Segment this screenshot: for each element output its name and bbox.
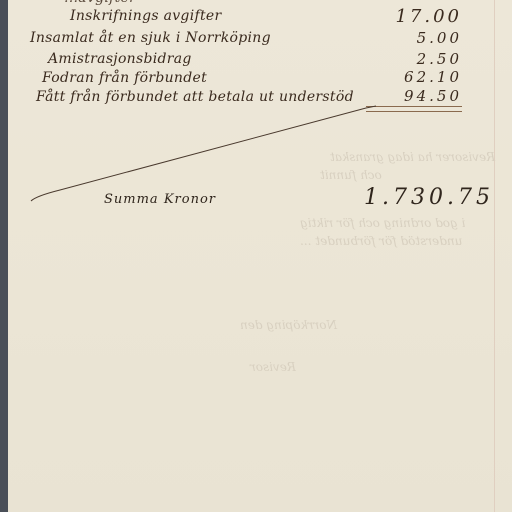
total-amount: 1.730.75 <box>364 185 494 210</box>
total-label: Summa Kronor <box>104 192 216 207</box>
diagonal-filler-line <box>0 0 512 512</box>
